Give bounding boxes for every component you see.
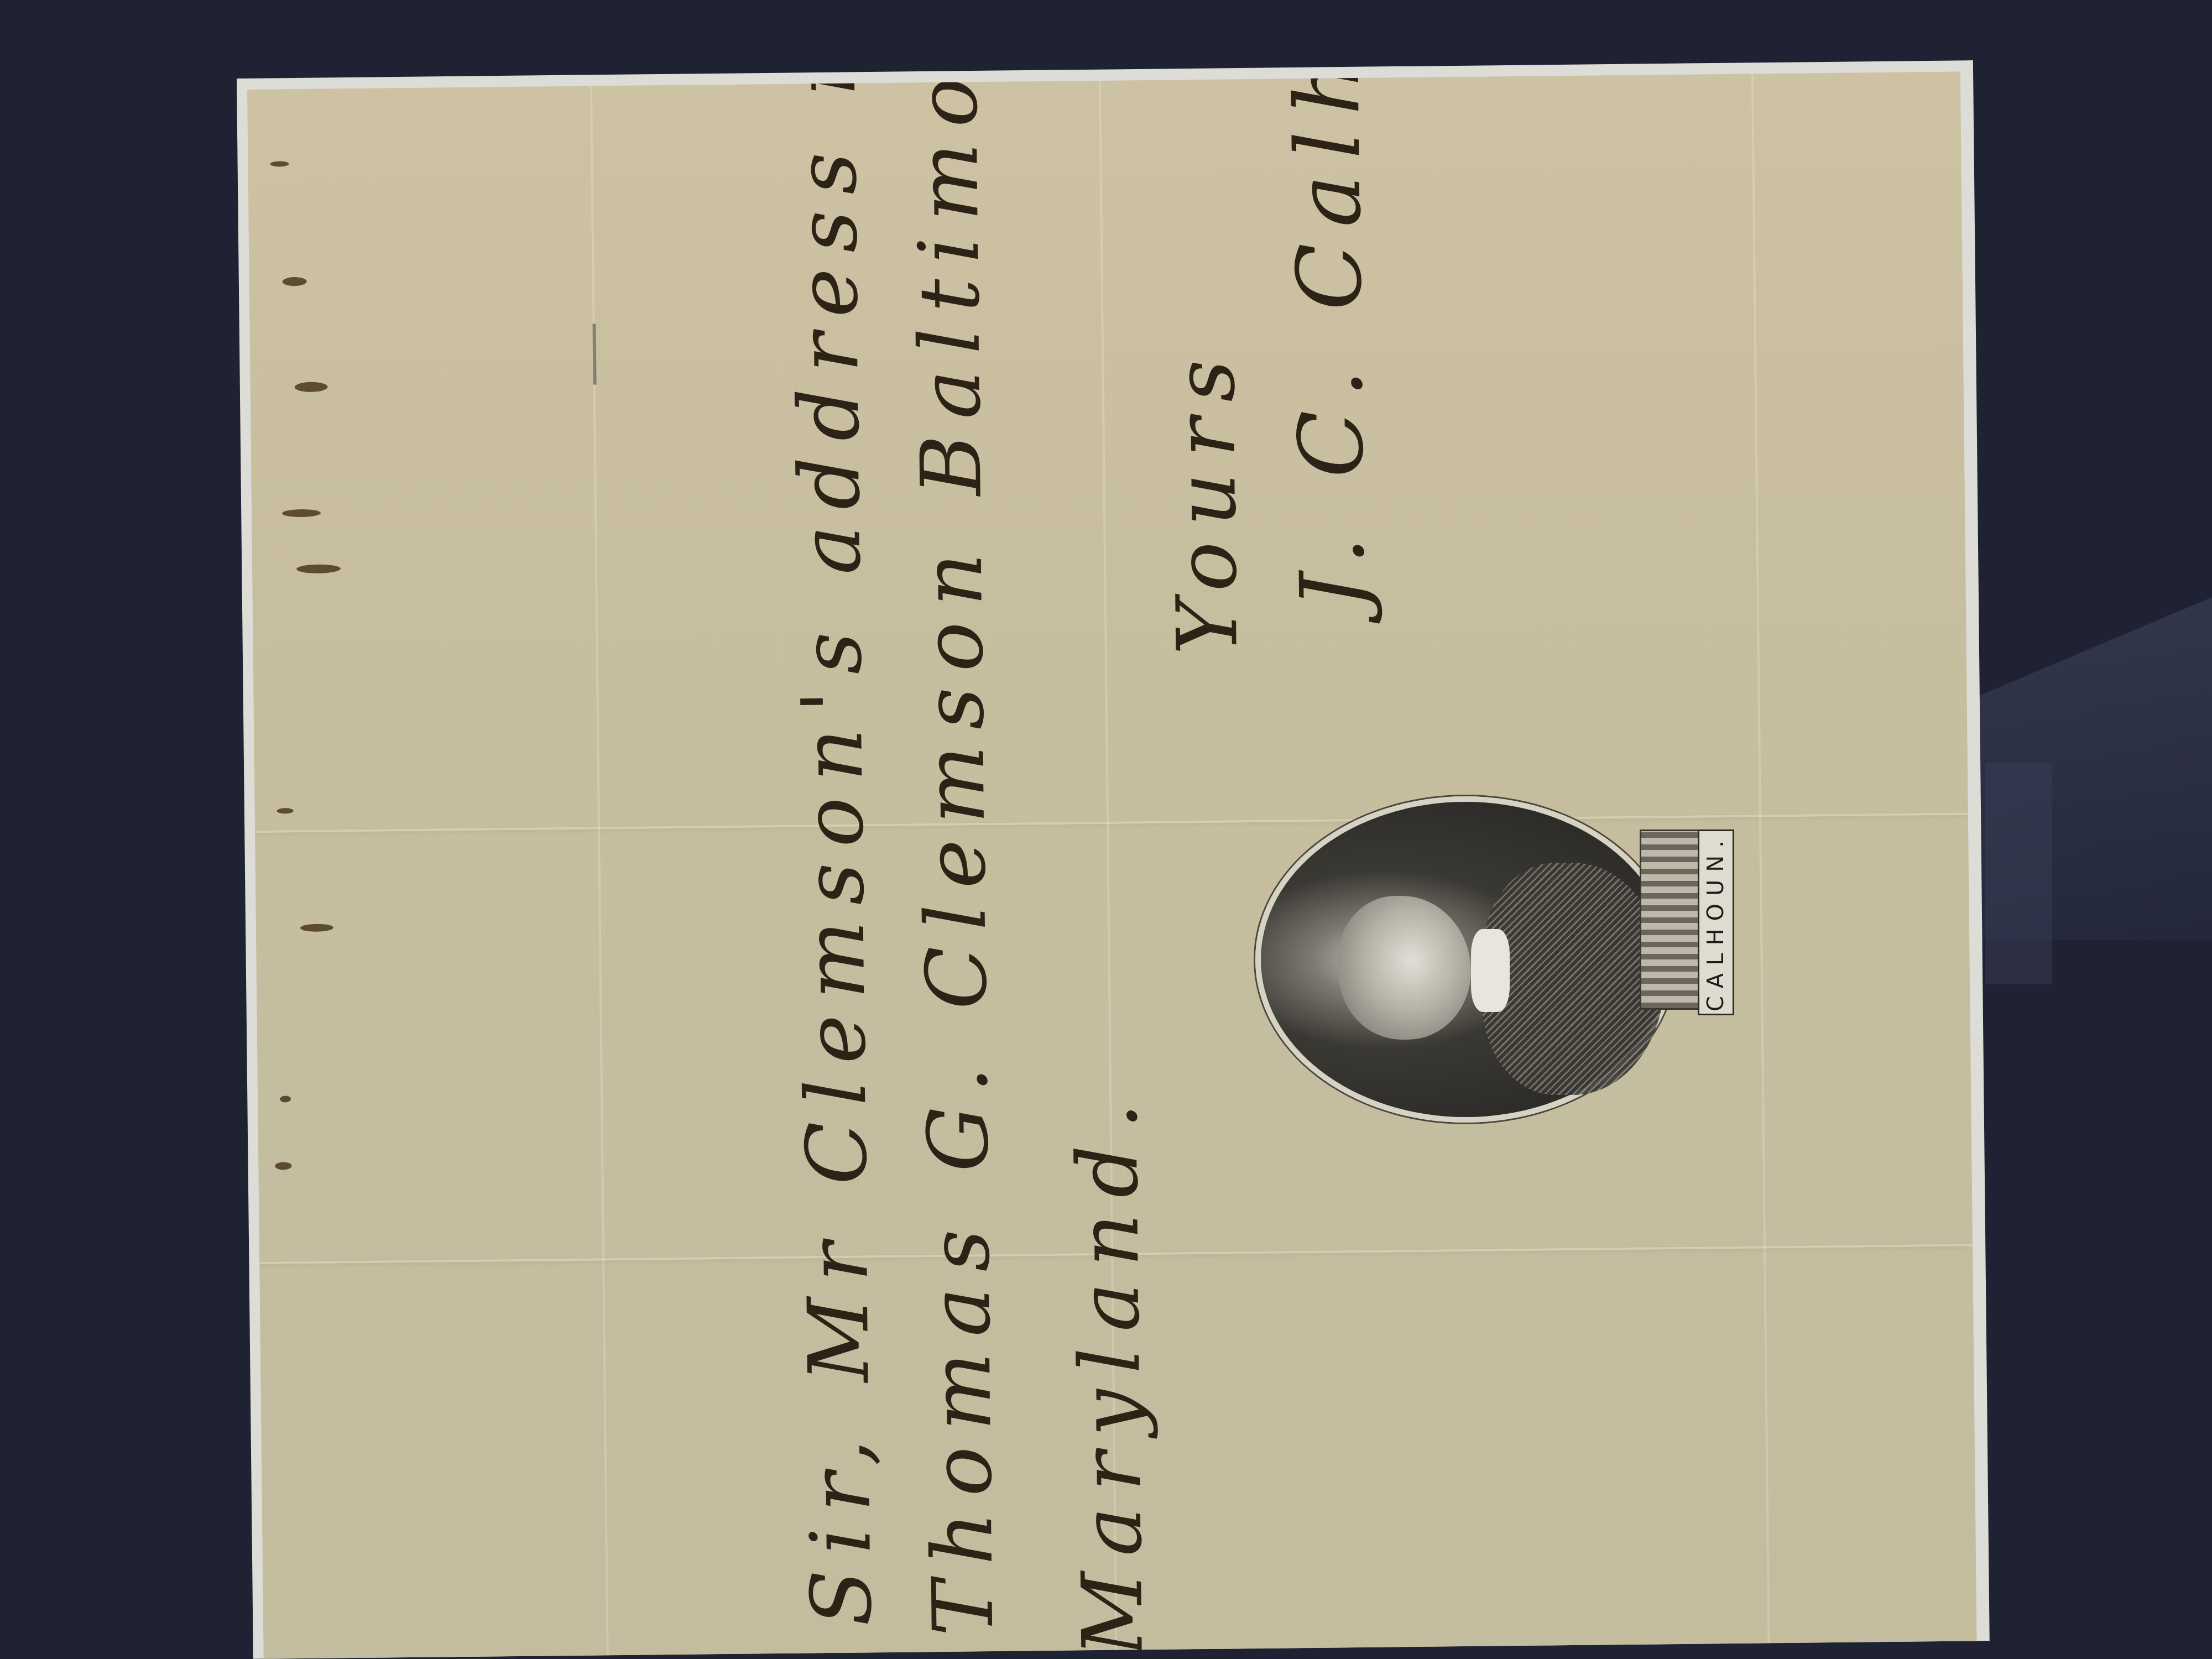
letter-line-1: Sir, Mr Clemson's address is: [779, 133, 890, 1627]
pencil-mark: [592, 324, 596, 384]
ink-stain: [275, 1162, 291, 1170]
ink-stain: [296, 564, 341, 573]
portrait-engraving: CALHOUN.: [1244, 785, 1731, 1117]
portrait-collar: [1471, 929, 1510, 1012]
ink-stain: [282, 509, 321, 518]
ink-stain: [270, 161, 289, 166]
ornament-border: [1640, 830, 1704, 1010]
fold-crease: [590, 86, 609, 1655]
ink-stain: [300, 924, 333, 932]
ink-stain: [277, 808, 294, 813]
signature: J. C. Calhoun: [1276, 111, 1385, 610]
portrait-face: [1338, 896, 1471, 1040]
portrait-label-text: CALHOUN.: [1703, 833, 1729, 1011]
letter-line-3: Maryland.: [1063, 1380, 1162, 1657]
ink-stain: [295, 382, 328, 393]
portrait-nameplate: CALHOUN.: [1698, 830, 1734, 1015]
letter-line-2: Thomas G. Clemson Baltimore: [900, 109, 1012, 1637]
fold-crease: [1751, 74, 1770, 1643]
ink-stain: [283, 277, 307, 286]
glass-reflection: [1985, 763, 2052, 984]
ink-stain: [280, 1095, 291, 1102]
portrait-oval: [1255, 796, 1676, 1123]
letter-closing: Yours: [1157, 422, 1256, 655]
